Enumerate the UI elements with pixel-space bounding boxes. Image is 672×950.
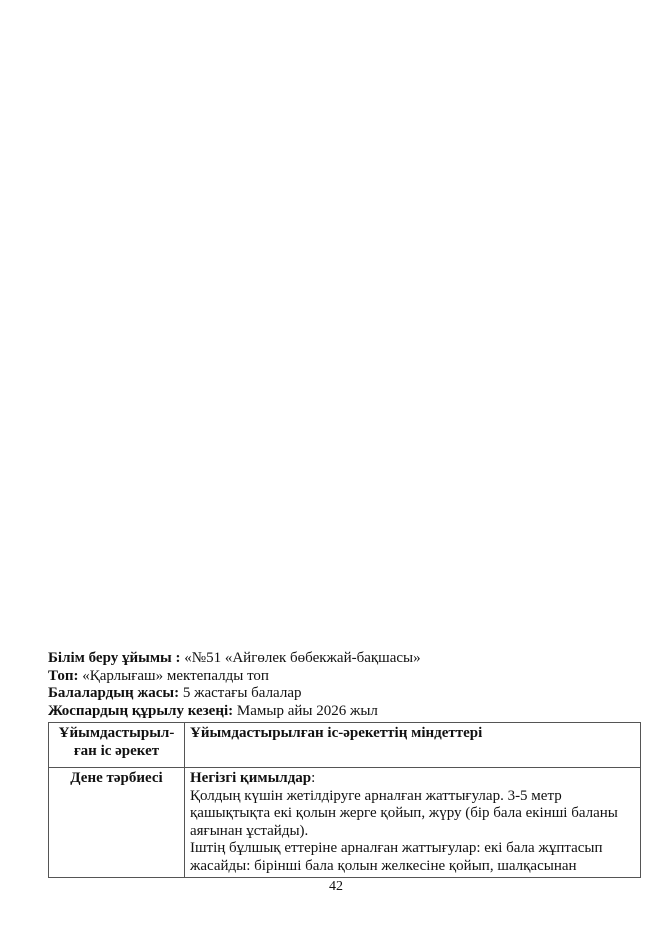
activity-objectives: Негізгі қимылдар: Қолдың күшін жетілдіру… — [185, 768, 641, 878]
page-number: 42 — [0, 879, 672, 895]
meta-period: Жоспардың құрылу кезеңі: Мамыр айы 2026 … — [48, 703, 648, 721]
meta-value: 5 жастағы балалар — [179, 685, 301, 701]
header-objectives: Ұйымдастырылған іс-әрекеттің міндеттері — [185, 723, 641, 768]
header-activity: Ұйымдастырыл-ған іс әрекет — [49, 723, 185, 768]
section-heading: Негізгі қимылдар: — [190, 770, 315, 786]
objective-paragraph: Іштің бұлшық еттеріне арналған жаттығула… — [190, 840, 635, 875]
plan-metadata: Білім беру ұйымы : «№51 «Айгөлек бөбекжа… — [48, 650, 648, 720]
section-title: Негізгі қимылдар — [190, 770, 311, 786]
meta-label: Жоспардың құрылу кезеңі: — [48, 703, 233, 719]
table-header-row: Ұйымдастырыл-ған іс әрекет Ұйымдастырылғ… — [49, 723, 641, 768]
meta-label: Білім беру ұйымы : — [48, 650, 181, 666]
meta-organization: Білім беру ұйымы : «№51 «Айгөлек бөбекжа… — [48, 650, 648, 668]
meta-value: «№51 «Айгөлек бөбекжай-бақшасы» — [181, 650, 421, 666]
meta-value: Мамыр айы 2026 жыл — [233, 703, 378, 719]
meta-value: «Қарлығаш» мектепалды топ — [78, 668, 269, 684]
table-row: Дене тәрбиесі Негізгі қимылдар: Қолдың к… — [49, 768, 641, 878]
document-page: Білім беру ұйымы : «№51 «Айгөлек бөбекжа… — [0, 0, 672, 950]
meta-label: Балалардың жасы: — [48, 685, 179, 701]
meta-label: Топ: — [48, 668, 78, 684]
activity-name: Дене тәрбиесі — [49, 768, 185, 878]
meta-group: Топ: «Қарлығаш» мектепалды топ — [48, 668, 648, 686]
meta-age: Балалардың жасы: 5 жастағы балалар — [48, 685, 648, 703]
activity-plan-table: Ұйымдастырыл-ған іс әрекет Ұйымдастырылғ… — [48, 722, 641, 878]
objective-paragraph: Қолдың күшін жетілдіруге арналған жаттығ… — [190, 788, 635, 841]
section-suffix: : — [311, 770, 315, 786]
